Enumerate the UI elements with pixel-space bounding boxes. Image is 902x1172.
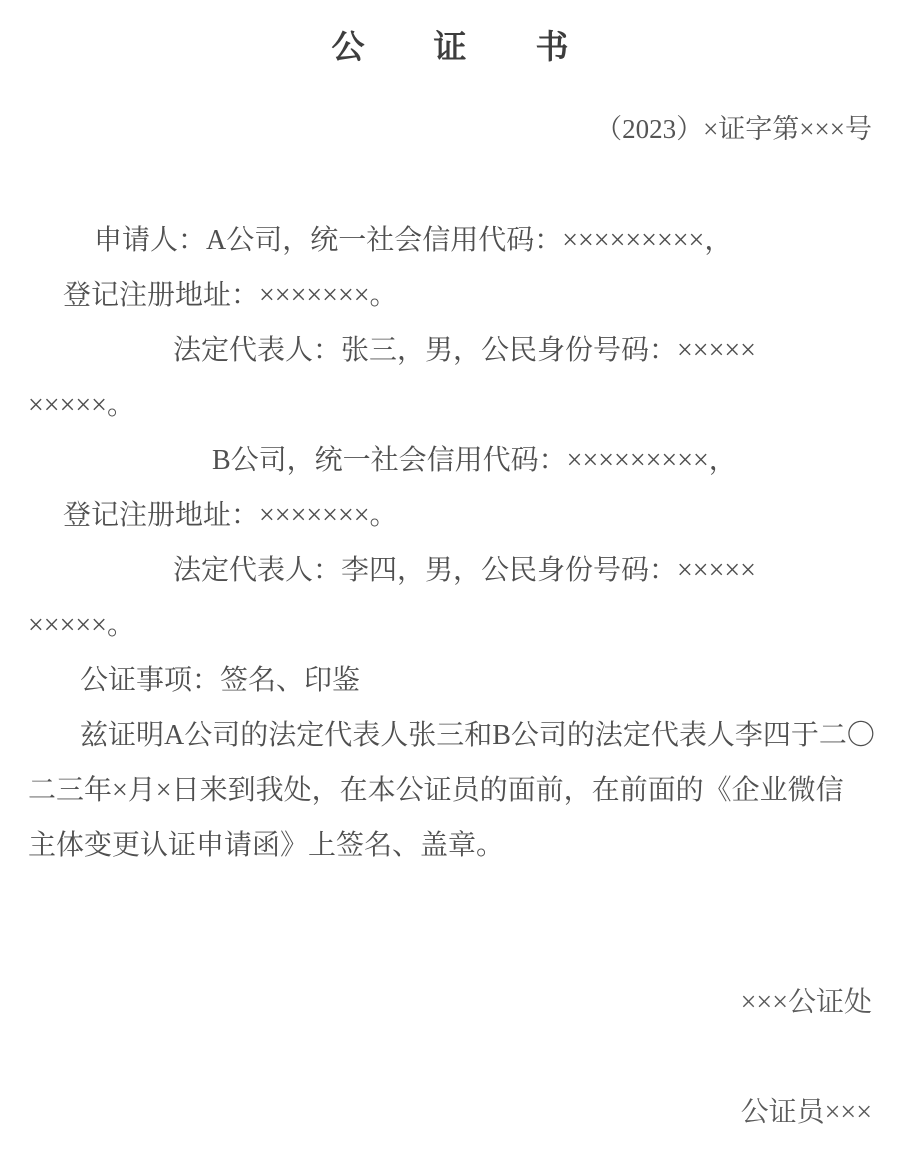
notarization-matter-line: 公证事项：签名、印鉴 (28, 653, 872, 708)
document-body: 申请人：A公司，统一社会信用代码：×××××××××， 登记注册地址：×××××… (28, 213, 872, 873)
notary-office-signature: ×××公证处 (28, 975, 872, 1030)
notary-name-signature: 公证员××× (28, 1085, 872, 1140)
id-number-wrap-line-a: ×××××。 (28, 378, 872, 433)
certification-statement-line-2: 二三年×月×日来到我处，在本公证员的面前，在前面的《企业微信 (28, 763, 872, 818)
certification-statement-line-1: 兹证明A公司的法定代表人张三和B公司的法定代表人李四于二〇 (28, 708, 872, 763)
applicant-line: 申请人：A公司，统一社会信用代码：×××××××××， (28, 213, 872, 268)
certification-statement-line-3: 主体变更认证申请函》上签名、盖章。 (28, 818, 872, 873)
document-content: 公 证 书 （2023）×证字第×××号 申请人：A公司，统一社会信用代码：××… (0, 24, 902, 1140)
document-number: （2023）×证字第×××号 (28, 102, 872, 157)
registered-address-line-a: 登记注册地址：×××××××。 (28, 268, 872, 323)
notarial-certificate-page: 公 证 书 （2023）×证字第×××号 申请人：A公司，统一社会信用代码：××… (0, 0, 902, 1172)
document-title: 公 证 书 (28, 24, 872, 72)
legal-representative-line-a: 法定代表人：张三，男，公民身份号码：××××× (28, 323, 872, 378)
company-b-line: B公司，统一社会信用代码：×××××××××， (28, 433, 872, 488)
legal-representative-line-b: 法定代表人：李四，男，公民身份号码：××××× (28, 543, 872, 598)
registered-address-line-b: 登记注册地址：×××××××。 (28, 488, 872, 543)
id-number-wrap-line-b: ×××××。 (28, 598, 872, 653)
